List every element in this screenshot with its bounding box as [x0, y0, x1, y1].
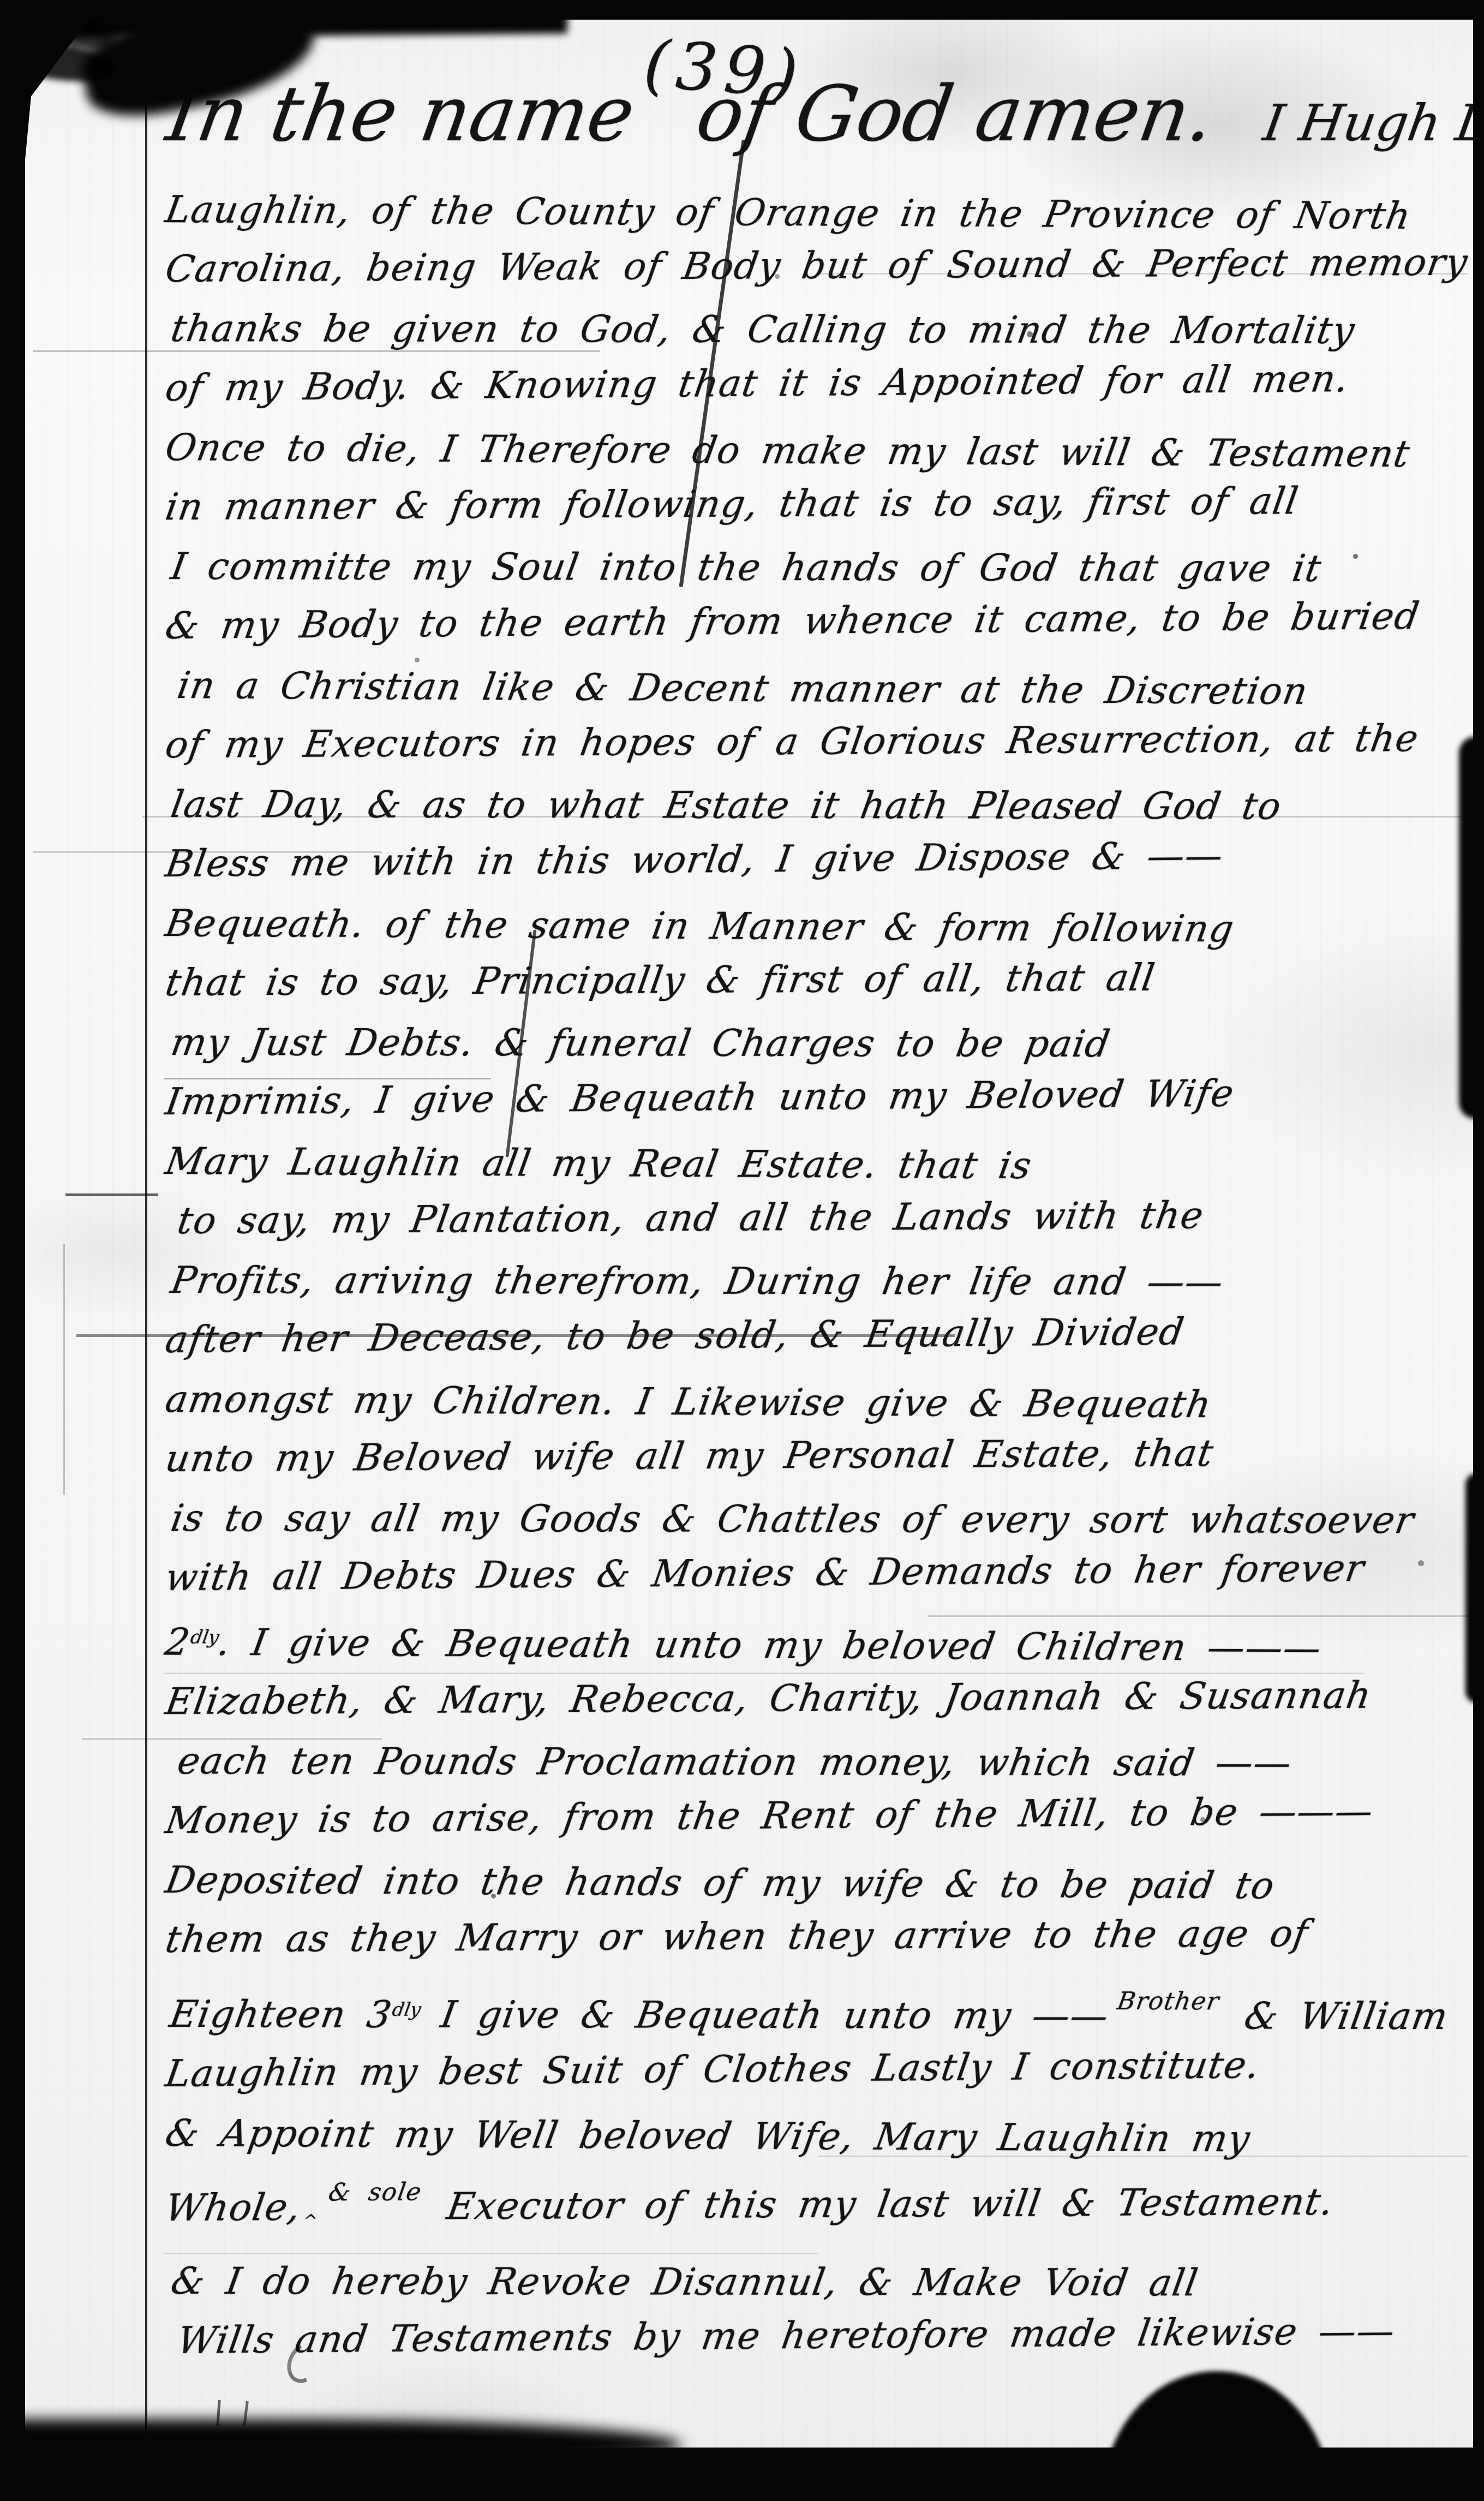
- line-text: Profits, ariving therefrom, During her l…: [168, 1259, 1227, 1304]
- line-text: I committe my Soul into the hands of God…: [168, 545, 1325, 590]
- inserted-word: & sole: [327, 2177, 424, 2207]
- line-text: Laughlin, of the County of Orange in the…: [163, 188, 1415, 238]
- handwritten-line: of my Body. & Knowing that it is Appoint…: [161, 348, 1470, 418]
- line-text: to say, my Plantation, and all the Lands…: [175, 1194, 1207, 1243]
- handwritten-line: in manner & form following, that is to s…: [161, 471, 1470, 537]
- handwritten-line: Elizabeth, & Mary, Rebecca, Charity, Joa…: [161, 1666, 1470, 1732]
- line-text: I give & Bequeath unto my ——: [416, 1993, 1112, 2038]
- superscript: dly: [391, 1999, 422, 2021]
- handwritten-line: that is to say, Principally & first of a…: [161, 947, 1470, 1013]
- line-text: & Appoint my Well beloved Wife, Mary Lau…: [163, 2112, 1254, 2160]
- line-text: each ten Pounds Proclamation money, whic…: [175, 1740, 1295, 1785]
- handwritten-line: Bless me with in this world, I give Disp…: [161, 824, 1470, 894]
- line-text: Whole,: [163, 2186, 304, 2230]
- line-text: ^: [302, 2211, 320, 2230]
- handwritten-line: of my Executors in hopes of a Glorious R…: [161, 709, 1470, 775]
- line-text: with all Debts Dues & Monies & Demands t…: [163, 1547, 1367, 1599]
- line-text: them as they Marry or when they arrive t…: [163, 1912, 1312, 1961]
- margin-faint-line: [63, 1244, 65, 1495]
- handwritten-line: Wills and Testaments by me heretofore ma…: [173, 2301, 1470, 2371]
- handwritten-line: Imprimis, I give & Bequeath unto my Belo…: [161, 1062, 1470, 1132]
- line-text: Carolina, being Weak of Body but of Soun…: [163, 241, 1471, 291]
- handwritten-line: Money is to arise, from the Rent of the …: [161, 1781, 1470, 1851]
- handwritten-line: Eighteen 3dly I give & Bequeath unto my …: [165, 1969, 1470, 2046]
- line-text: that is to say, Principally & first of a…: [163, 957, 1158, 1005]
- line-text: last Day, & as to what Estate it hath Pl…: [168, 783, 1285, 828]
- scan-border-right-smudge: [1465, 1473, 1484, 1703]
- line-text: 2: [162, 1621, 194, 1664]
- scan-border-right: [1473, 0, 1484, 2501]
- ink-specks: [1353, 554, 1358, 559]
- heading-part2: of God amen.: [691, 70, 1220, 159]
- handwritten-line: & my Body to the earth from whence it ca…: [161, 586, 1470, 656]
- line-text: Executor of this my last will & Testamen…: [423, 2181, 1337, 2229]
- handwritten-line: with all Debts Dues & Monies & Demands t…: [161, 1538, 1470, 1608]
- document-scan: (39) In the nameof God amen.I Hugh L Lau…: [0, 0, 1484, 2501]
- line-text: Imprimis, I give & Bequeath unto my Belo…: [163, 1072, 1237, 1124]
- scan-blob-bottom-right: [1317, 2455, 1383, 2501]
- handwritten-line: unto my Beloved wife all my Personal Est…: [161, 1423, 1470, 1489]
- line-text: & I do hereby Revoke Disannul, & Make Vo…: [168, 2260, 1201, 2305]
- line-text: Wills and Testaments by me heretofore ma…: [175, 2309, 1398, 2362]
- line-text: Deposited into the hands of my wife & to…: [163, 1859, 1278, 1908]
- line-text: thanks be given to God, & Calling to min…: [168, 307, 1358, 353]
- line-text: after her Decease, to be sold, & Equally…: [163, 1310, 1187, 1362]
- handwritten-line: them as they Marry or when they arrive t…: [161, 1903, 1470, 1969]
- line-text: Money is to arise, from the Rent of the …: [163, 1790, 1377, 1842]
- handwritten-lines: Laughlin, of the County of Orange in the…: [166, 180, 1464, 2371]
- handwritten-line: after her Decease, to be sold, & Equally…: [161, 1300, 1470, 1370]
- handwritten-line: Whole,^& sole Executor of this my last w…: [159, 2157, 1473, 2252]
- line-text: Once to die, I Therefore do make my last…: [163, 426, 1414, 476]
- line-text: Bless me with in this world, I give Disp…: [163, 834, 1226, 886]
- line-text: in a Christian like & Decent manner at t…: [175, 664, 1312, 713]
- handwritten-line: to say, my Plantation, and all the Lands…: [173, 1185, 1470, 1251]
- handwritten-line: Laughlin my best Suit of Clothes Lastly …: [161, 2034, 1470, 2104]
- line-text: amongst my Children. I Likewise give & B…: [163, 1378, 1215, 1426]
- heading-line: In the nameof God amen.I Hugh L: [161, 70, 1484, 159]
- line-text: in manner & form following, that is to s…: [163, 480, 1302, 529]
- line-text: Eighteen 3: [166, 1993, 395, 2037]
- line-text: Elizabeth, & Mary, Rebecca, Charity, Joa…: [163, 1674, 1374, 1724]
- line-text: of my Executors in hopes of a Glorious R…: [163, 717, 1422, 767]
- heading-suffix: I Hugh L: [1260, 94, 1484, 152]
- line-text: & William: [1220, 1995, 1451, 2038]
- line-text: my Just Debts. & funeral Charges to be p…: [168, 1021, 1114, 1066]
- line-text: is to say all my Goods & Chattles of eve…: [168, 1497, 1417, 1542]
- line-text: unto my Beloved wife all my Personal Est…: [163, 1432, 1217, 1481]
- handwritten-line: Carolina, being Weak of Body but of Soun…: [161, 233, 1470, 299]
- line-text: Mary Laughlin all my Real Estate. that i…: [163, 1140, 1035, 1187]
- line-text: Laughlin my best Suit of Clothes Lastly …: [163, 2044, 1262, 2096]
- line-text: of my Body. & Knowing that it is Appoint…: [163, 357, 1352, 410]
- line-text: Bequeath. of the same in Manner & form f…: [163, 902, 1237, 951]
- superscript: dly: [189, 1626, 220, 1648]
- inserted-word: Brother: [1115, 1986, 1222, 2015]
- line-text: & my Body to the earth from whence it ca…: [163, 595, 1422, 648]
- line-text: . I give & Bequeath unto my beloved Chil…: [214, 1621, 1325, 1670]
- scan-border-right-smudge: [1459, 737, 1484, 1119]
- scratch-line: [65, 1193, 158, 1196]
- margin-rule-line: [145, 15, 147, 2438]
